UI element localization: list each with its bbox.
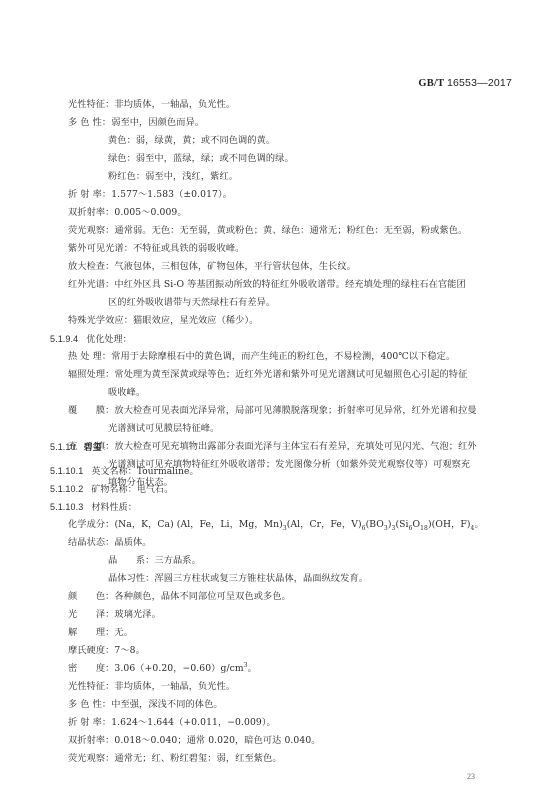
crystal-system: 晶 系：三方晶系。 [108,555,201,567]
refractive-index-tourmaline: 折 射 率：1.624～1.644（+0.011，−0.009）。 [68,717,276,729]
ir-spectrum-line2: 区的红外吸收谱带与天然绿柱石有差异。 [108,297,275,309]
standard-prefix: GB/T [418,78,444,89]
special-optical-effect: 特殊光学效应：猫眼效应，星光效应（稀少）。 [68,315,258,327]
birefringence: 双折射率：0.005～0.009。 [68,207,187,219]
pleochroism-green: 绿色：弱至中，蓝绿，绿；或不同色调的绿。 [108,153,294,165]
birefringence-tourmaline: 双折射率：0.018～0.040；通常 0.020，暗色可达 0.040。 [68,735,321,747]
section-5-1-9-4-heading: 5.1.9.4优化处理： [50,333,132,346]
section-title: 碧玺 [84,443,102,453]
optic-character: 光性特征：非均质体，一轴晶，负光性。 [68,99,235,111]
cleavage: 解 理：无。 [68,627,133,639]
crystal-habit: 晶体习性：浑圆三方柱状或复三方锥柱状晶体，晶面纵纹发育。 [108,573,368,585]
pleochroism-pink: 粉红色：弱至中，浅红，紫红。 [108,171,238,183]
heat-treatment: 热 处 理：常用于去除摩根石中的黄色调，而产生纯正的粉红色，不易检测，400℃以… [68,351,455,363]
section-number: 5.1.9.4 [50,334,78,344]
standard-code: GB/T 16553—2017 [418,77,512,89]
optic-character-tourmaline: 光性特征：非均质体，一轴晶，负光性。 [68,681,235,693]
section-number: 5.1.10 [50,442,76,452]
ir-spectrum-line1: 红外光谱：中红外区具 Si-O 等基团振动所致的特征红外吸收谱带。经充填处理的绿… [68,279,466,291]
magnification: 放大检查：气液包体，三相包体，矿物包体，平行管状包体，生长纹。 [68,261,356,273]
section-5-1-10-heading-text: 5.1.10碧玺 [50,441,102,454]
section-5-1-10-1: 5.1.10.1英文名称：Tourmaline。 [50,465,199,478]
coating-line2: 光谱测试可见膜层特征峰。 [108,423,219,435]
chemical-composition: 化学成分：(Na，K，Ca) (Al，Fe，Li，Mg，Mn)3(Al，Cr，F… [68,519,484,531]
fluorescence: 荧光观察：通常弱。无色：无至弱，黄或粉色；黄、绿色：通常无；粉红色：无至弱，粉或… [68,225,467,237]
uv-vis-spectrum: 紫外可见光谱：不特征或具铁的弱吸收峰。 [68,243,244,255]
density: 密 度：3.06（+0.20，−0.60）g/cm3。 [68,663,257,675]
standard-number: 16553—2017 [447,77,512,89]
coating-line1: 覆 膜：放大检查可见表面光泽异常，局部可见薄膜脱落现象；折射率可见异常，红外光谱… [68,405,477,417]
mohs-hardness: 摩氏硬度：7～8。 [68,645,145,657]
irradiation-line1: 辐照处理：常处理为黄至深黄或绿等色；近红外光谱和紫外可见光谱测试可见辐照色心引起… [68,369,467,381]
irradiation-line2: 吸收峰。 [108,387,145,399]
fluorescence-tourmaline: 荧光观察：通常无；红、粉红碧玺：弱，红至紫色。 [68,753,282,765]
pleochroism-tourmaline: 多 色 性：中至强，深浅不同的体色。 [68,699,223,711]
section-5-1-10-3: 5.1.10.3材料性质： [50,501,137,514]
filling-line1: 充 填：放大检查可见充填物出露部分表面光泽与主体宝石有差异，充填处可见闪光、气泡… [68,441,477,453]
pleochroism: 多 色 性：弱至中，因颜色而异。 [68,117,204,129]
page-number: 23 [467,772,475,781]
color: 颜 色：各种颜色，晶体不同部位可呈双色或多色。 [68,591,291,603]
luster: 光 泽：玻璃光泽。 [68,609,161,621]
section-5-1-10-2: 5.1.10.2矿物名称：电气石。 [50,483,173,496]
refractive-index: 折 射 率：1.577～1.583（±0.017）。 [68,189,232,201]
section-title: 优化处理： [86,335,132,345]
pleochroism-yellow: 黄色：弱，绿黄，黄；或不同色调的黄。 [108,135,275,147]
crystal-state: 结晶状态：晶质体。 [68,537,152,549]
